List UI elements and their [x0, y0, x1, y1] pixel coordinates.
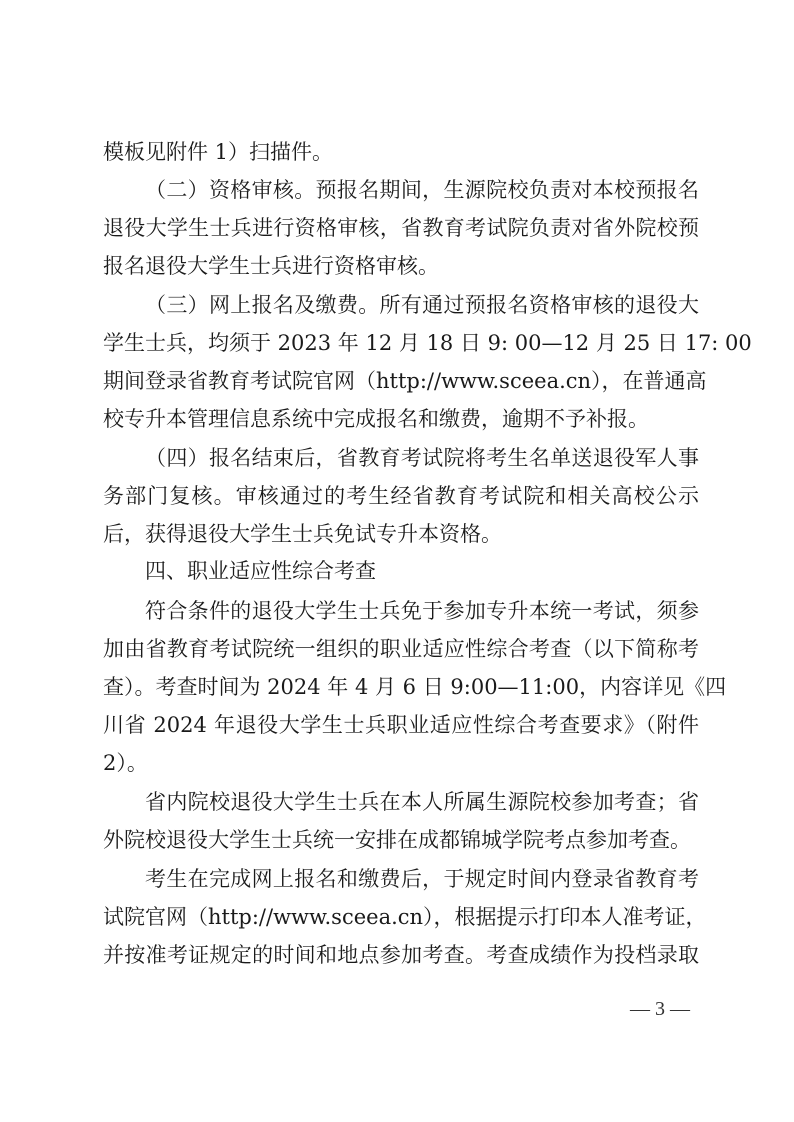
- document-page: 模板见附件 1）扫描件。 （二）资格审核。预报名期间，生源院校负责对本校预报名 …: [0, 0, 794, 1122]
- text-line: 试院官网（http://www.sceea.cn），根据提示打印本人准考证，: [103, 903, 699, 931]
- text-line: （三）网上报名及缴费。所有通过预报名资格审核的退役大: [145, 291, 699, 319]
- text-line: 外院校退役大学生士兵统一安排在成都锦城学院考点参加考查。: [103, 826, 699, 854]
- text-line: 校专升本管理信息系统中完成报名和缴费，逾期不予补报。: [103, 405, 699, 433]
- text-line: 报名退役大学生士兵进行资格审核。: [103, 252, 699, 280]
- text-line: 川省 2024 年退役大学生士兵职业适应性综合考查要求》（附件: [103, 711, 699, 739]
- text-line: 查）。考查时间为 2024 年 4 月 6 日 9:00—11:00，内容详见《…: [103, 673, 699, 701]
- text-line: 符合条件的退役大学生士兵免于参加专升本统一考试，须参: [145, 597, 699, 625]
- text-line: 期间登录省教育考试院官网（http://www.sceea.cn），在普通高: [103, 367, 699, 395]
- page-number: — 3 —: [630, 996, 690, 1022]
- section-heading: 四、职业适应性综合考查: [145, 557, 699, 585]
- text-line: 加由省教育考试院统一组织的职业适应性综合考查（以下简称考: [103, 635, 699, 663]
- text-line: （二）资格审核。预报名期间，生源院校负责对本校预报名: [145, 176, 699, 204]
- text-line: 后，获得退役大学生士兵免试专升本资格。: [103, 520, 699, 548]
- text-line: 务部门复核。审核通过的考生经省教育考试院和相关高校公示: [103, 482, 699, 510]
- text-line: 考生在完成网上报名和缴费后，于规定时间内登录省教育考: [145, 865, 699, 893]
- text-line: （四）报名结束后，省教育考试院将考生名单送退役军人事: [145, 444, 699, 472]
- text-line: 退役大学生士兵进行资格审核，省教育考试院负责对省外院校预: [103, 214, 699, 242]
- text-line: 2）。: [103, 749, 699, 777]
- text-line: 模板见附件 1）扫描件。: [103, 138, 699, 166]
- text-line: 学生士兵，均须于 2023 年 12 月 18 日 9: 00—12 月 25 …: [103, 329, 699, 357]
- text-line: 并按准考证规定的时间和地点参加考查。考查成绩作为投档录取: [103, 941, 699, 969]
- text-line: 省内院校退役大学生士兵在本人所属生源院校参加考查；省: [145, 788, 699, 816]
